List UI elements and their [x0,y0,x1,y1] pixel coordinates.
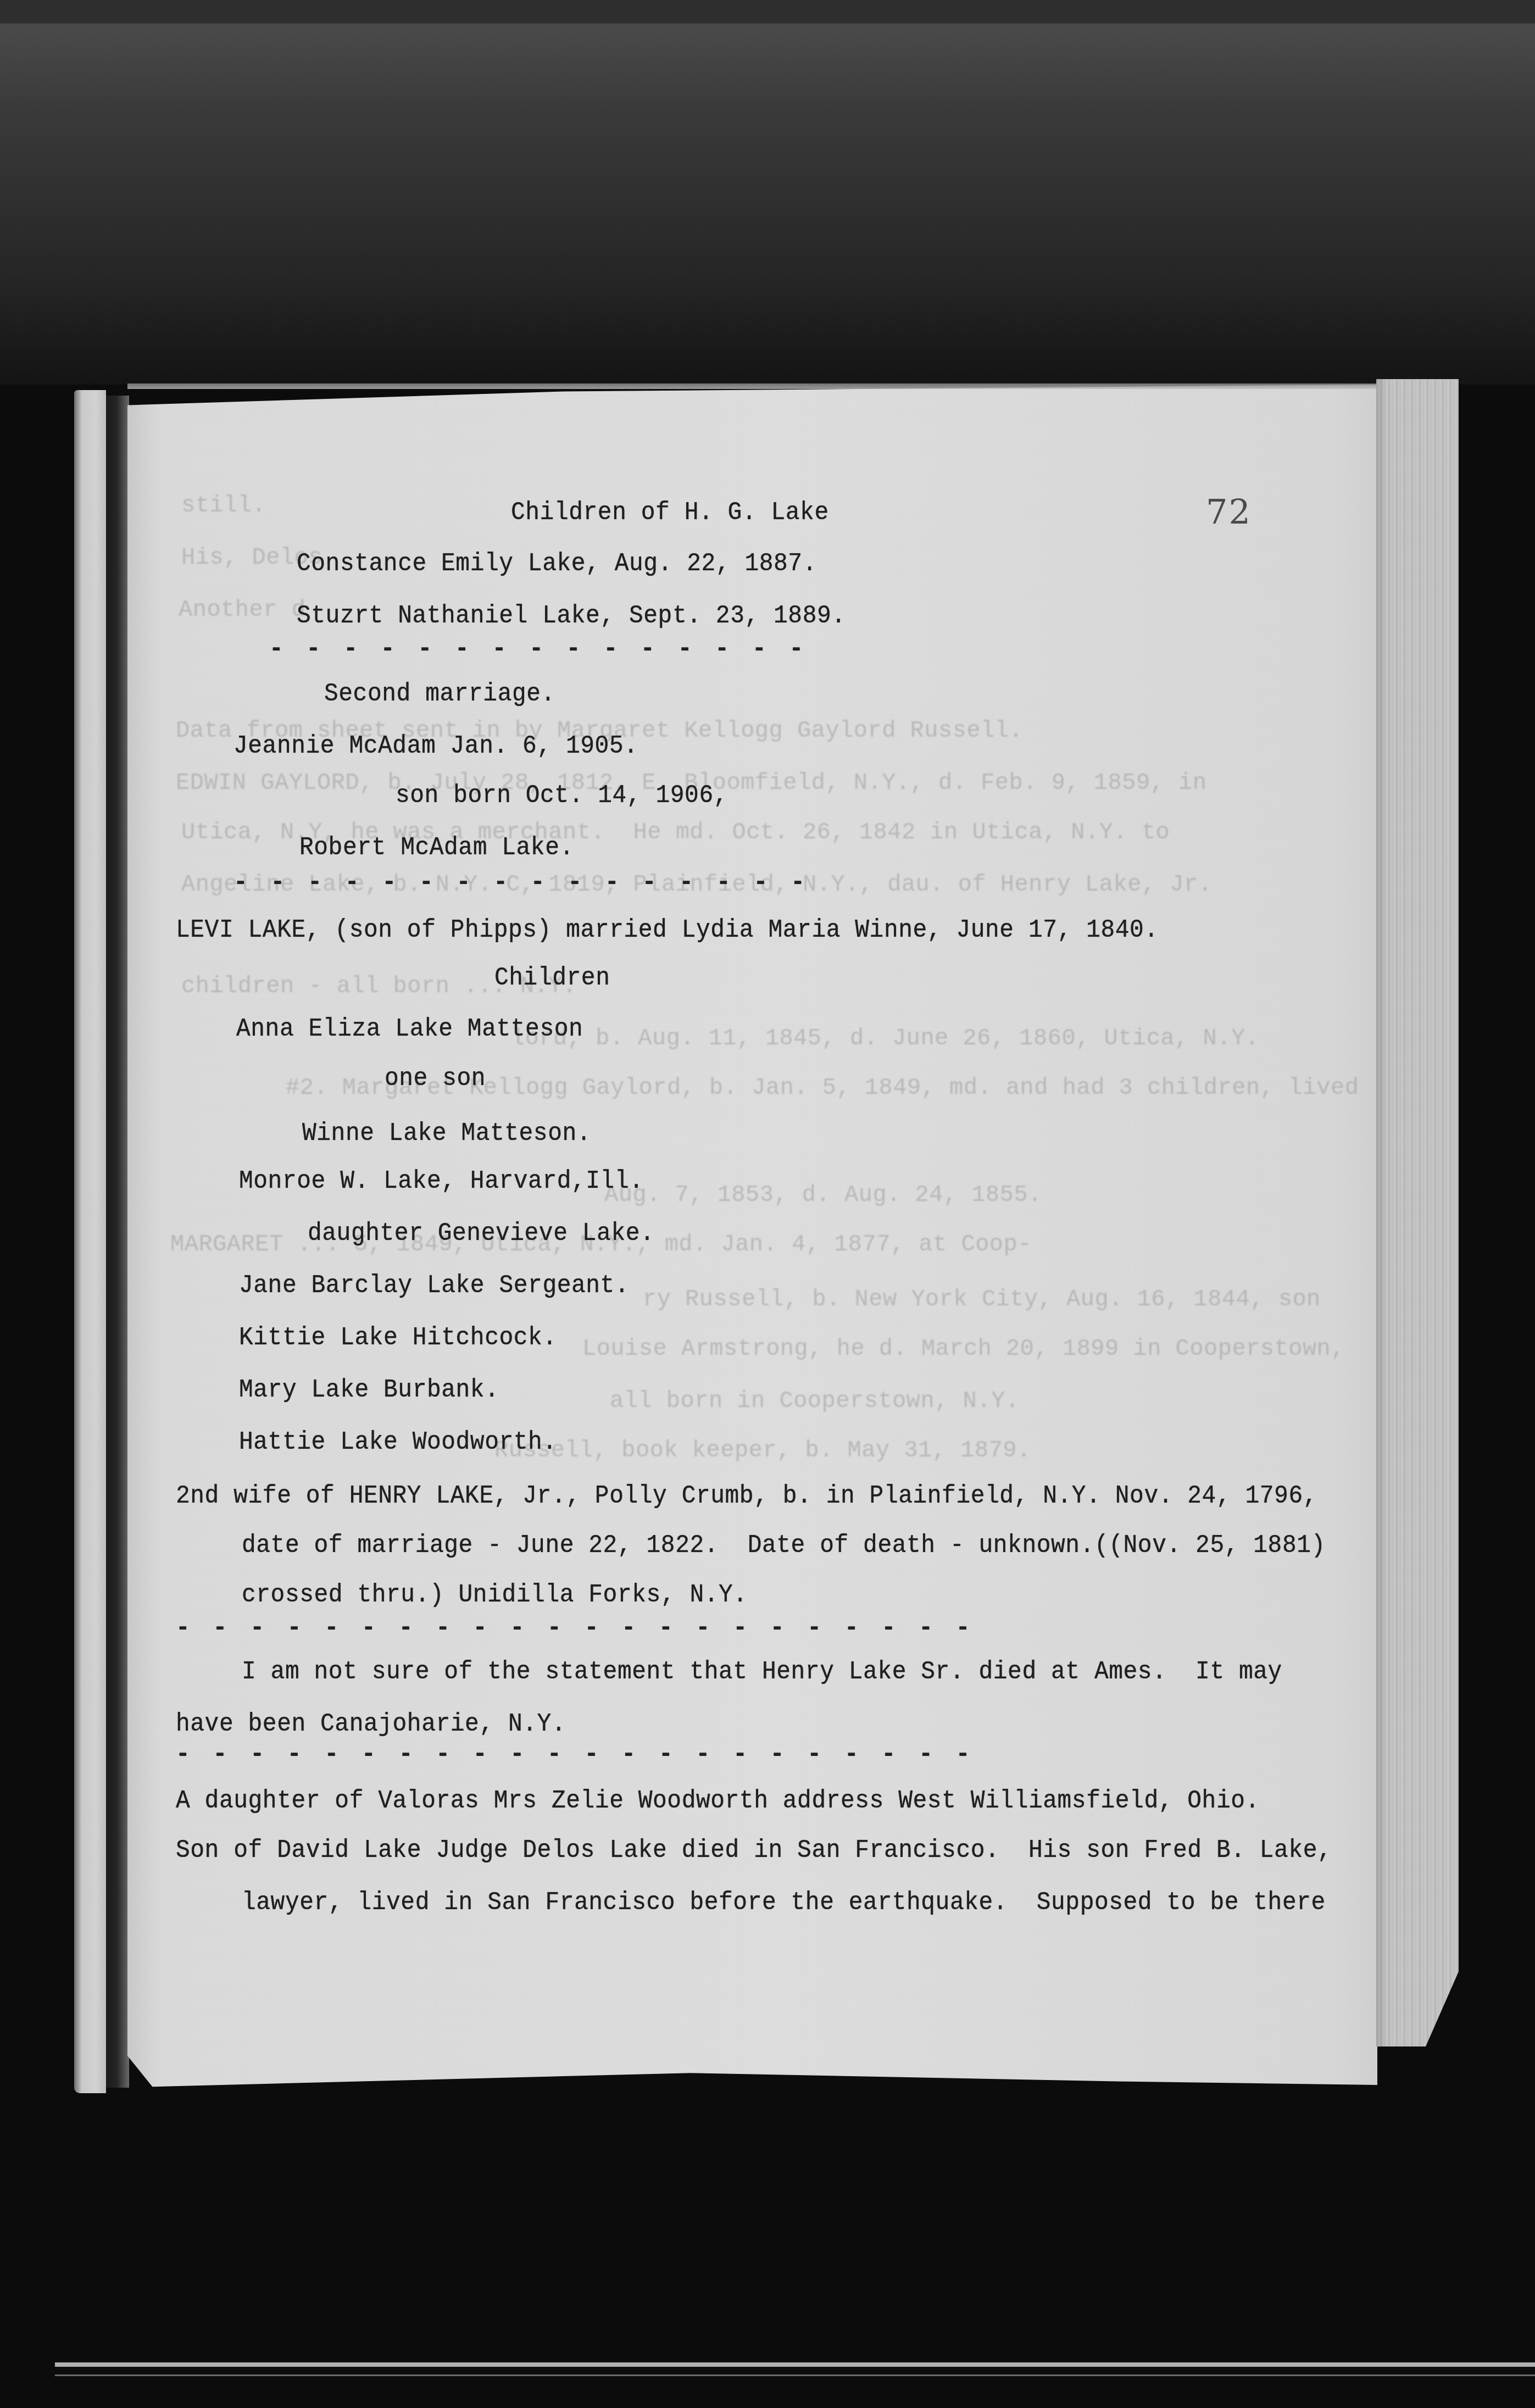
child-entry: Constance Emily Lake, Aug. 22, 1887. [297,549,817,579]
section-heading: Children [494,963,610,993]
page-stack-shadow [1376,379,1387,2046]
note-paragraph: A daughter of Valoras Mrs Zelie Woodwort… [176,1786,1260,1816]
show-through-line: Louise Armstrong, he d. March 20, 1899 i… [582,1335,1345,1363]
scanner-top-band [0,0,1535,23]
book-gutter [106,396,129,2088]
birth-note: son born Oct. 14, 1906, [396,781,728,810]
child-entry: Kittie Lake Hitchcock. [239,1323,557,1353]
child-entry: Jane Barclay Lake Sergeant. [239,1271,629,1300]
note-paragraph: lawyer, lived in San Francisco before th… [242,1888,1326,1917]
show-through-line: all born in Cooperstown, N.Y. [610,1387,1019,1415]
separator-line: - - - - - - - - - - - - - - - - - - - - … [176,1739,975,1769]
show-through-line: lord, b. Aug. 11, 1845, d. June 26, 1860… [511,1025,1259,1052]
marriage-entry: Jeannie McAdam Jan. 6, 1905. [233,731,638,761]
page-title: Children of H. G. Lake [511,498,829,527]
child-entry: Winne Lake Matteson. [302,1119,591,1148]
film-edge-rule-secondary [55,2374,1535,2376]
separator-line: - - - - - - - - - - - - - - - [269,634,808,664]
family-entry: LEVI LAKE, (son of Phipps) married Lydia… [176,915,1159,945]
show-through-line: ry Russell, b. New York City, Aug. 16, 1… [643,1286,1321,1313]
child-entry: Robert McAdam Lake. [299,833,574,863]
child-entry: Anna Eliza Lake Matteson [236,1014,583,1044]
note-paragraph: I am not sure of the statement that Henr… [242,1657,1282,1687]
section-heading: Second marriage. [324,679,555,709]
show-through-line: still. [181,492,266,519]
family-entry: 2nd wife of HENRY LAKE, Jr., Polly Crumb… [176,1481,1317,1511]
family-entry: date of marriage - June 22, 1822. Date o… [242,1531,1326,1560]
show-through-line: Another d [179,596,305,624]
previous-page-edge [74,390,106,2093]
scanner-background [0,0,1535,385]
show-through-line: Russell, book keeper, b. May 31, 1879. [494,1437,1031,1464]
separator-line: - - - - - - - - - - - - - - - - - - - - … [176,1613,975,1643]
child-note: one son [385,1064,486,1093]
show-through-line: Aug. 7, 1853, d. Aug. 24, 1855. [604,1181,1042,1209]
page-top-edge [127,383,1457,389]
page-stack-edge [1376,379,1459,2046]
film-edge-rule [55,2362,1535,2367]
child-entry: Hattie Lake Woodworth. [239,1427,557,1457]
child-entry: Monroe W. Lake, Harvard,Ill. [239,1166,644,1196]
note-paragraph: have been Canajoharie, N.Y. [176,1709,566,1739]
family-entry: crossed thru.) Unidilla Forks, N.Y. [242,1580,748,1610]
child-entry: daughter Genevieve Lake. [308,1219,654,1248]
child-entry: Stuzrt Nathaniel Lake, Sept. 23, 1889. [297,601,846,631]
page-number: 72 [1206,492,1252,532]
note-paragraph: Son of David Lake Judge Delos Lake died … [176,1836,1332,1865]
separator-line: - - - - - - - - - - - - - - - - [233,867,809,897]
child-entry: Mary Lake Burbank. [239,1375,499,1405]
